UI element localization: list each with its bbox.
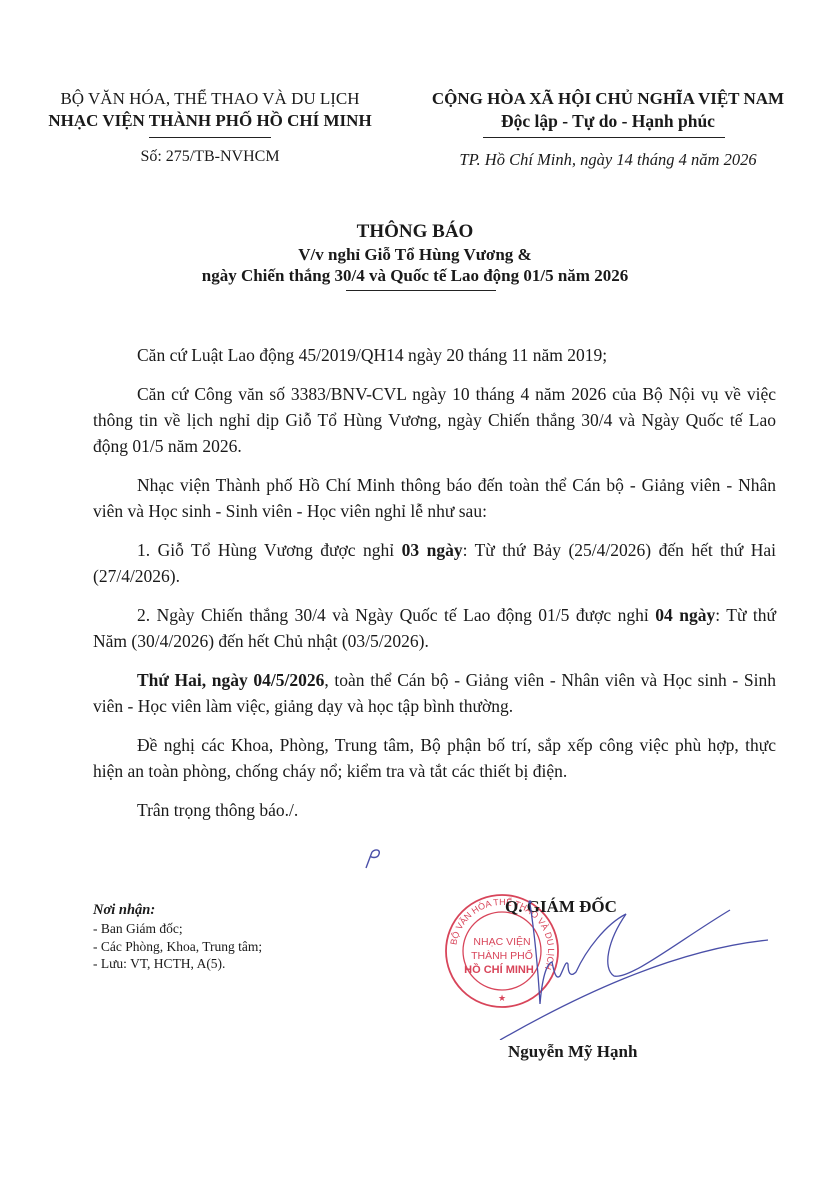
- announcement-intro: Nhạc viện Thành phố Hồ Chí Minh thông bá…: [93, 472, 776, 524]
- national-motto: Độc lập - Tự do - Hạnh phúc: [408, 110, 808, 132]
- issuer-header: BỘ VĂN HÓA, THỂ THAO VÀ DU LỊCH NHẠC VIỆ…: [10, 88, 410, 168]
- ministry-name: BỘ VĂN HÓA, THỂ THAO VÀ DU LỊCH: [10, 88, 410, 110]
- document-number: Số: 275/TB-NVHCM: [10, 146, 410, 168]
- recipients-block: Nơi nhận: - Ban Giám đốc; - Các Phòng, K…: [93, 900, 393, 973]
- country-name: CỘNG HÒA XÃ HỘI CHỦ NGHĨA VIỆT NAM: [408, 88, 808, 110]
- holiday-item-2: 2. Ngày Chiến thắng 30/4 và Ngày Quốc tế…: [93, 602, 776, 654]
- divider: [346, 290, 496, 291]
- signatory-name: Nguyễn Mỹ Hạnh: [508, 1042, 637, 1062]
- divider: [149, 137, 271, 138]
- national-header: CỘNG HÒA XÃ HỘI CHỦ NGHĨA VIỆT NAM Độc l…: [408, 88, 808, 171]
- place-date: TP. Hồ Chí Minh, ngày 14 tháng 4 năm 202…: [408, 149, 808, 171]
- document-title: THÔNG BÁO: [0, 220, 830, 244]
- divider: [483, 137, 725, 138]
- recipient-item: - Ban Giám đốc;: [93, 920, 393, 938]
- recipient-item: - Các Phòng, Khoa, Trung tâm;: [93, 938, 393, 956]
- holiday-item-1: 1. Giỗ Tổ Hùng Vương được nghỉ 03 ngày: …: [93, 537, 776, 589]
- return-to-work: Thứ Hai, ngày 04/5/2026, toàn thể Cán bộ…: [93, 667, 776, 719]
- document-title-block: THÔNG BÁO V/v nghỉ Giỗ Tổ Hùng Vương & n…: [0, 220, 830, 291]
- subject-line-2: ngày Chiến thắng 30/4 và Quốc tế Lao độn…: [0, 265, 830, 286]
- initials-mark-icon: [360, 844, 386, 870]
- institution-name: NHẠC VIỆN THÀNH PHỐ HỒ CHÍ MINH: [10, 110, 410, 132]
- legal-basis-1: Căn cứ Luật Lao động 45/2019/QH14 ngày 2…: [93, 342, 776, 368]
- subject-line-1: V/v nghỉ Giỗ Tổ Hùng Vương &: [0, 244, 830, 265]
- legal-basis-2: Căn cứ Công văn số 3383/BNV-CVL ngày 10 …: [93, 381, 776, 459]
- handwritten-signature-icon: [430, 880, 770, 1040]
- safety-request: Đề nghị các Khoa, Phòng, Trung tâm, Bộ p…: [93, 732, 776, 784]
- closing: Trân trọng thông báo./.: [93, 797, 776, 823]
- recipients-heading: Nơi nhận:: [93, 900, 393, 920]
- document-body: Căn cứ Luật Lao động 45/2019/QH14 ngày 2…: [93, 342, 776, 836]
- recipient-item: - Lưu: VT, HCTH, A(5).: [93, 955, 393, 973]
